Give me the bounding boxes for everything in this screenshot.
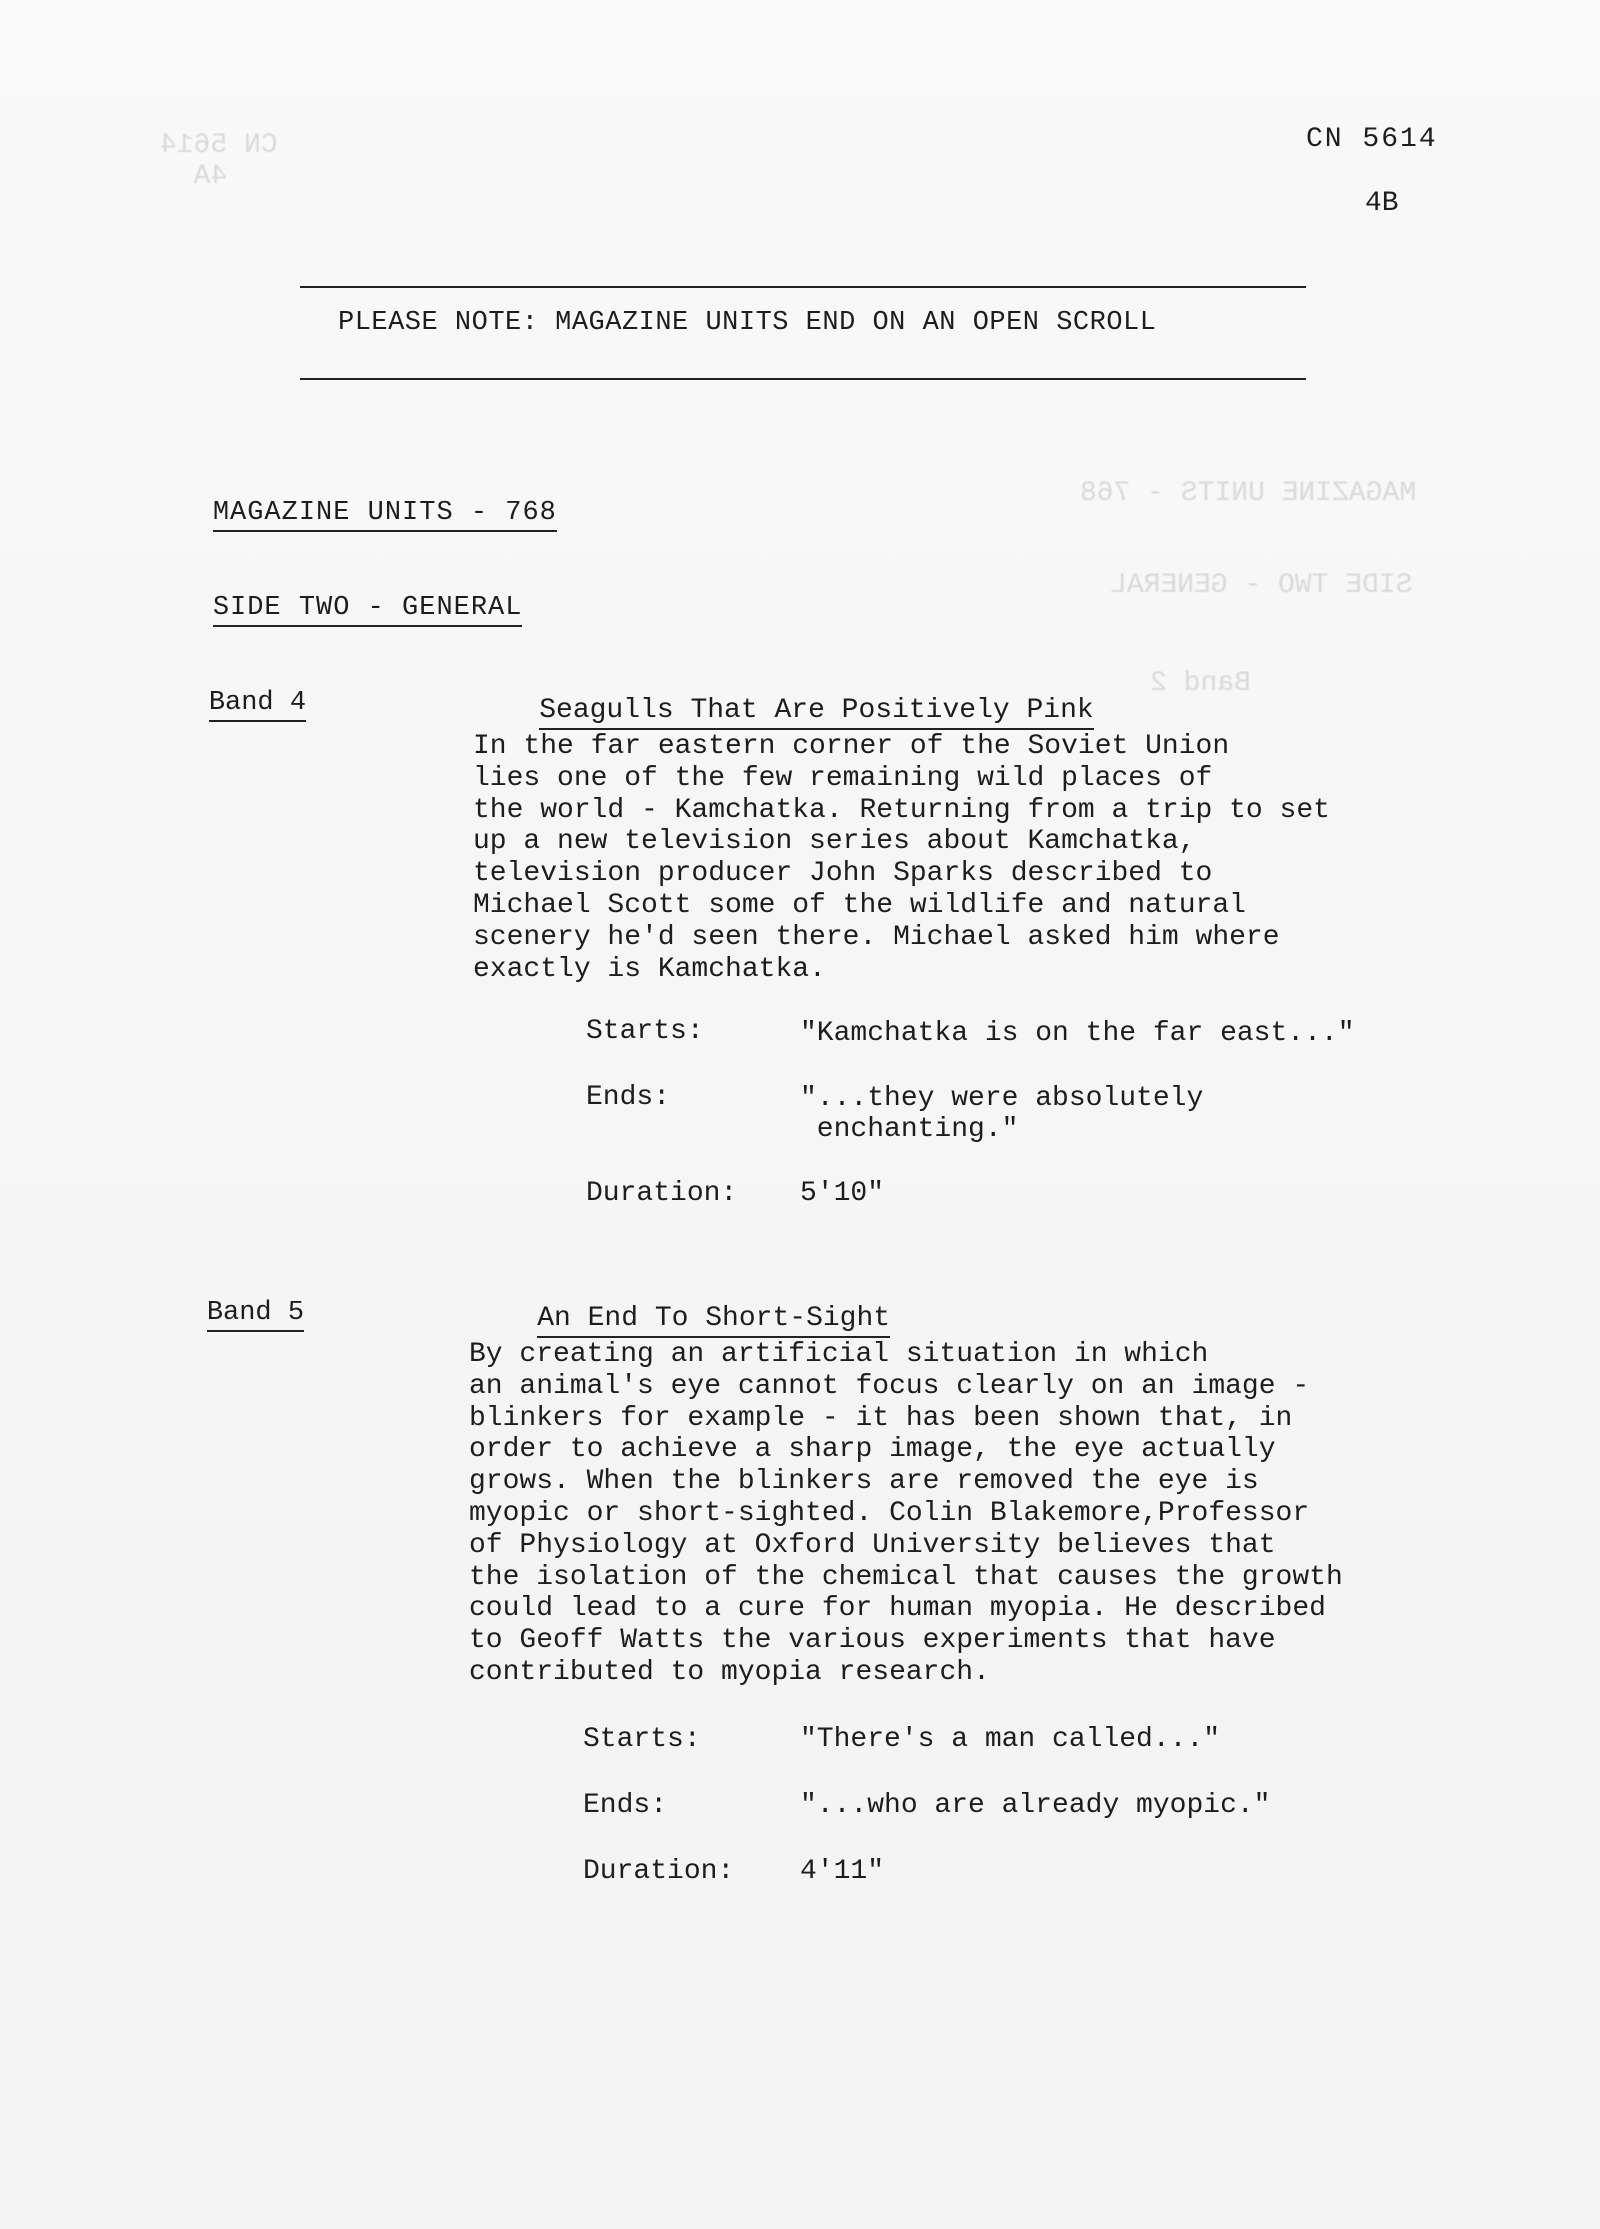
starts-label: Starts: [583,1724,701,1755]
duration-value: 4'11" [800,1856,884,1887]
band-label: Band 4 [144,658,306,748]
band-label: Band 5 [142,1268,304,1358]
ends-label: Ends: [583,1790,667,1821]
starts-cue: "There's a man called..." [800,1724,1220,1755]
ends-cue: "...they were absolutely enchanting." [800,1083,1203,1145]
page-code: 4B [1365,188,1399,219]
duration-label: Duration: [583,1856,734,1887]
document-page: CN 5614 4A MAGAZINE UNITS - 768 SIDE TWO… [0,0,1600,2229]
open-scroll-notice: PLEASE NOTE: MAGAZINE UNITS END ON AN OP… [338,308,1156,338]
ends-label: Ends: [586,1082,670,1113]
bleed-through-text: CN 5614 4A [160,130,278,192]
notice-bottom-rule [300,378,1306,380]
bleed-through-text: Band 2 [1150,668,1251,699]
starts-cue: "Kamchatka is on the far east..." [800,1018,1355,1049]
band-description: In the far eastern corner of the Soviet … [473,731,1330,985]
bleed-through-text: SIDE TWO - GENERAL [1110,570,1412,601]
side-heading: SIDE TWO - GENERAL [144,563,522,653]
bleed-through-text: MAGAZINE UNITS - 768 [1080,478,1416,509]
ends-cue: "...who are already myopic." [800,1790,1270,1821]
notice-top-rule [300,286,1306,288]
band-description: By creating an artificial situation in w… [469,1339,1343,1689]
reference-code: CN 5614 [1306,124,1438,155]
duration-value: 5'10" [800,1178,884,1209]
starts-label: Starts: [586,1016,704,1047]
duration-label: Duration: [586,1178,737,1209]
magazine-units-heading: MAGAZINE UNITS - 768 [144,468,557,558]
